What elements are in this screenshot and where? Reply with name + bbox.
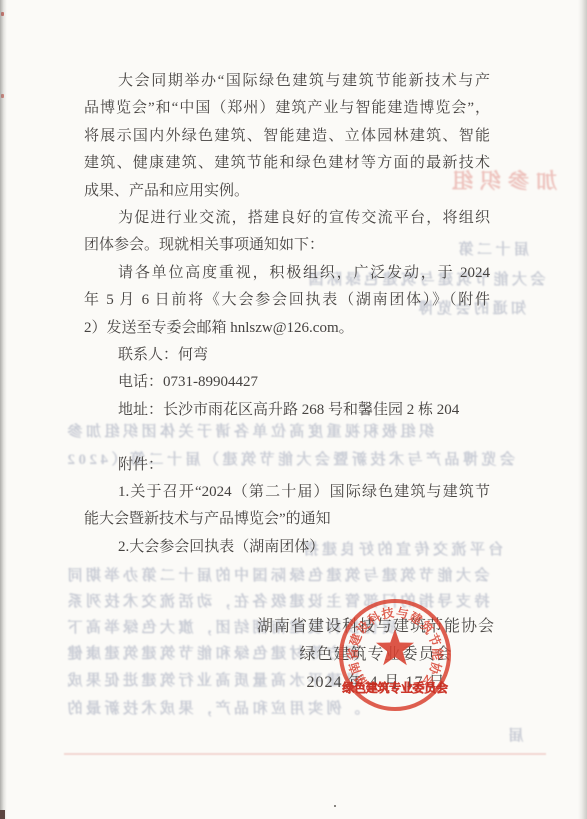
scan-speck bbox=[334, 805, 336, 807]
doc-line: 电话：0731-89904427 bbox=[84, 369, 490, 396]
doc-line: 2）发送至专委会邮箱 hnlszw@126.com。 bbox=[84, 315, 490, 342]
seal-ring-char: 能 bbox=[430, 648, 445, 661]
doc-line: 年 5 月 6 日前将《大会参会回执表（湖南团体）》（附件 bbox=[84, 287, 490, 314]
scanned-document-page: 加参织组届十二第会大能节筑建与筑建色绿际国知通的会览博织组极积视重度高位单各请于… bbox=[0, 0, 587, 819]
bleedthrough-rule bbox=[64, 753, 546, 755]
doc-line: 2.大会参会回执表（湖南团体） bbox=[84, 534, 490, 561]
document-body: 大会同期举办“国际绿色建筑与建筑节能新技术与产品博览会”和“中国（郑州）建筑产业… bbox=[84, 68, 490, 561]
doc-line: 成果、产品和应用实例。 bbox=[84, 178, 490, 205]
bleedthrough-ghost-text: 届 bbox=[505, 724, 524, 745]
doc-line: 大会同期举办“国际绿色建筑与建筑节能新技术与产 bbox=[84, 68, 490, 95]
scan-edge-left bbox=[0, 0, 7, 819]
bleedthrough-ghost-text: 。例实用应和品产，果成术技新最的 bbox=[64, 697, 360, 718]
doc-line: 1.关于召开“2024（第二十届）国际绿色建筑与建筑节 bbox=[84, 479, 490, 506]
seal-ring-char: 省 bbox=[345, 647, 360, 660]
seal-ring-char: 技 bbox=[379, 605, 395, 622]
doc-line: 为促进行业交流，搭建良好的宣传交流平台，将组织 bbox=[84, 205, 490, 232]
doc-line: 请各单位高度重视，积极组织，广泛发动，于 2024 bbox=[84, 260, 490, 287]
scan-edge-right bbox=[578, 0, 587, 819]
doc-line: 能大会暨新技术与产品博览会”的通知 bbox=[84, 506, 490, 533]
doc-line: 附件： bbox=[84, 452, 490, 479]
seal-star-icon bbox=[376, 629, 414, 665]
doc-line: 品博览会”和“中国（郑州）建筑产业与智能建造博览会”， bbox=[84, 95, 490, 122]
official-seal: 湖南省建设科技与建筑节能协会 绿色建筑专业委员会 bbox=[325, 585, 465, 725]
doc-line bbox=[84, 424, 490, 451]
doc-line: 地址：长沙市雨花区高升路 268 号和馨佳园 2 栋 204 bbox=[84, 397, 490, 424]
seal-banner-text: 绿色建筑专业委员会 bbox=[342, 680, 448, 695]
doc-line: 团体参会。现就相关事项通知如下： bbox=[84, 232, 490, 259]
doc-line: 建筑、健康建筑、建筑节能和绿色建材等方面的最新技术 bbox=[84, 150, 490, 177]
doc-line: 联系人：何弯 bbox=[84, 342, 490, 369]
bleedthrough-ghost-text: 会大能节筑建与筑建色绿际国中的届十二第办举期同 bbox=[64, 564, 490, 585]
scan-corner-mark bbox=[0, 810, 5, 819]
doc-line: 将展示国内外绿色建筑、智能建造、立体园林建筑、智能 bbox=[84, 123, 490, 150]
